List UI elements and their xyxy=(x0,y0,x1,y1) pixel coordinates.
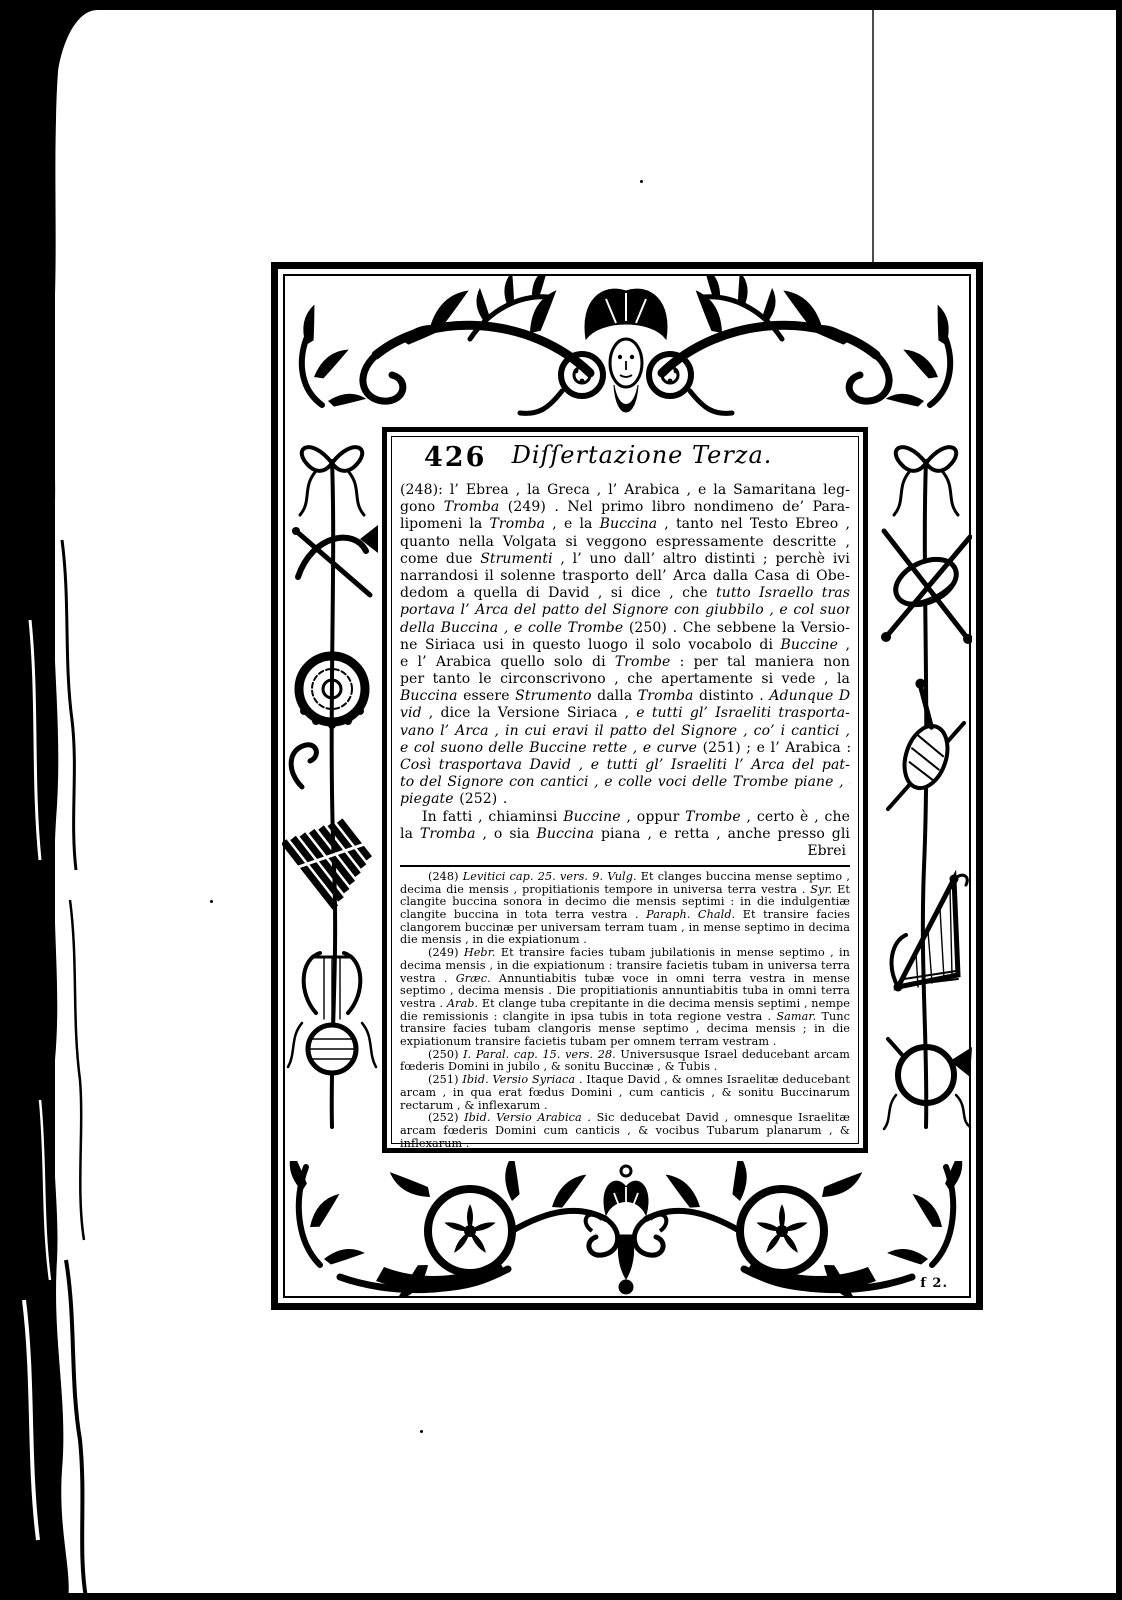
body-line: narrandosi il solenne trasporto dell’ Ar… xyxy=(400,568,850,585)
body-line: la Tromba , o sia Buccina piana , e rett… xyxy=(400,826,850,843)
body-line: Così trasportava David , e tutti gl’ Isr… xyxy=(400,757,850,774)
scan-speck xyxy=(420,1430,423,1433)
footnote-separator xyxy=(400,865,850,867)
body-line: Buccina essere Strumento dalla Tromba di… xyxy=(400,688,850,705)
body-line: per tanto le circonscrivono , che aperta… xyxy=(400,671,850,688)
footnote: (252) Ibid. Versio Arabica . Sic deduceb… xyxy=(400,1112,850,1150)
running-head: 426 Diſſertazione Terza. xyxy=(400,441,850,477)
catchword: Ebrei xyxy=(400,843,850,860)
body-line: (248): l’ Ebrea , la Greca , l’ Arabica … xyxy=(400,482,850,499)
footnote: (250) I. Paral. cap. 15. vers. 28. Unive… xyxy=(400,1049,850,1074)
footnote: (248) Levitici cap. 25. vers. 9. Vulg. E… xyxy=(400,871,850,947)
body-line: della Buccina , e colle Trombe (250) . C… xyxy=(400,620,850,637)
mask-face xyxy=(585,289,667,412)
paper-crease-line xyxy=(872,8,874,262)
body-line: to del Signore con cantici , e colle voc… xyxy=(400,774,850,791)
body-line: In fatti , chiaminsi Buccine , oppur Tro… xyxy=(400,809,850,826)
footnote: (251) Ibid. Versio Syriaca . Itaque Davi… xyxy=(400,1074,850,1112)
body-line: e l’ Arabica quello solo di Trombe : per… xyxy=(400,654,850,671)
body-line: come due Strumenti , l’ uno dall’ altro … xyxy=(400,551,850,568)
instrument-trophy-left-icon xyxy=(282,427,378,1143)
body-line: gono Tromba (249) . Nel primo libro nond… xyxy=(400,499,850,516)
page-number: 426 xyxy=(424,442,486,473)
footnotes: (248) Levitici cap. 25. vers. 9. Vulg. E… xyxy=(400,871,850,1150)
body-line: piegate (252) . xyxy=(400,791,850,808)
torn-binding-edge-icon xyxy=(0,0,130,1600)
body-text: (248): l’ Ebrea , la Greca , l’ Arabica … xyxy=(400,482,850,843)
tailpiece-scroll-ornament-icon xyxy=(280,1161,972,1297)
body-line: vano l’ Arca , in cui eravi il patto del… xyxy=(400,723,850,740)
engraved-border-frame: f 2. 426 Diſſertazione Terza. (248): l’ … xyxy=(271,262,983,1310)
signature-mark: f 2. xyxy=(920,1276,948,1291)
body-line: lipomeni la Tromba , e la Buccina , tant… xyxy=(400,516,850,533)
body-line: ne Siriaca usi in questo luogo il solo v… xyxy=(400,637,850,654)
body-line: vid , dice la Versione Siriaca , e tutti… xyxy=(400,705,850,722)
scan-speck xyxy=(640,180,643,183)
scan-speck xyxy=(210,900,213,903)
central-palmette xyxy=(586,1166,667,1294)
footnote: (249) Hebr. Et transire facies tubam jub… xyxy=(400,947,850,1049)
book-page-scan: f 2. 426 Diſſertazione Terza. (248): l’ … xyxy=(0,0,1122,1600)
instrument-trophy-right-icon xyxy=(876,427,972,1143)
text-panel: 426 Diſſertazione Terza. (248): l’ Ebrea… xyxy=(382,427,868,1153)
body-line: portava l’ Arca del patto del Signore co… xyxy=(400,602,850,619)
body-line: e col suono delle Buccine rette , e curv… xyxy=(400,740,850,757)
body-line: dedom a quella di David , si dice , che … xyxy=(400,585,850,602)
headpiece-mask-ornament-icon xyxy=(280,275,972,423)
body-line: quanto nella Volgata si veggono espressa… xyxy=(400,534,850,551)
